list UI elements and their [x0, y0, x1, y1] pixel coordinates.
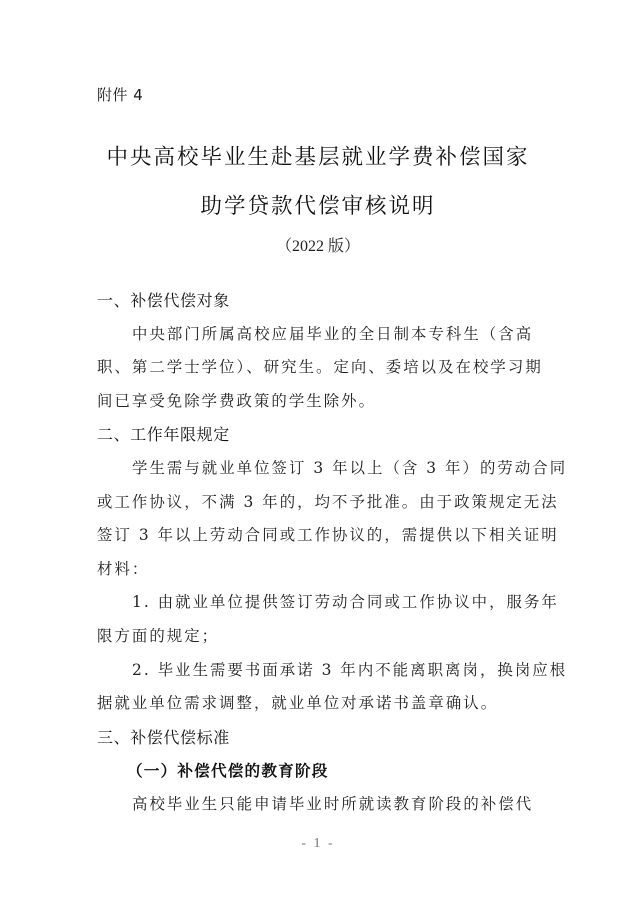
document-title-line-2: 助学贷款代偿审核说明	[0, 189, 636, 220]
body-line: 或工作协议，不满 3 年的，均不予批准。由于政策规定无法	[97, 486, 539, 520]
section-heading-3: 三、补偿代偿标准	[97, 721, 539, 755]
document-body: 一、补偿代偿对象 中央部门所属高校应届毕业的全日制本专科生（含高 职、第二学士学…	[97, 284, 539, 822]
body-line: 限方面的规定；	[97, 620, 539, 654]
body-line: 签订 3 年以上劳动合同或工作协议的，需提供以下相关证明	[97, 519, 539, 553]
section-heading-2: 二、工作年限规定	[97, 418, 539, 452]
subsection-heading-1: （一）补偿代偿的教育阶段	[97, 754, 539, 788]
body-line: 材料：	[97, 553, 539, 587]
body-line: 间已享受免除学费政策的学生除外。	[97, 385, 539, 419]
edition-label: （2022 版）	[0, 233, 636, 256]
document-title-line-1: 中央高校毕业生赴基层就业学费补偿国家	[0, 140, 636, 171]
body-line: 高校毕业生只能申请毕业时所就读教育阶段的补偿代	[97, 788, 539, 822]
document-page: 附件 4 中央高校毕业生赴基层就业学费补偿国家 助学贷款代偿审核说明 （2022…	[0, 0, 636, 899]
body-line: 职、第二学士学位）、研究生。定向、委培以及在校学习期	[97, 351, 539, 385]
attachment-label: 附件 4	[97, 84, 143, 105]
list-item-2: 2. 毕业生需要书面承诺 3 年内不能离职离岗，换岗应根	[97, 654, 539, 688]
body-line: 据就业单位需求调整，就业单位对承诺书盖章确认。	[97, 687, 539, 721]
body-line: 学生需与就业单位签订 3 年以上（含 3 年）的劳动合同	[97, 452, 539, 486]
page-number: - 1 -	[0, 836, 636, 852]
list-item-1: 1. 由就业单位提供签订劳动合同或工作协议中，服务年	[97, 586, 539, 620]
section-heading-1: 一、补偿代偿对象	[97, 284, 539, 318]
body-line: 中央部门所属高校应届毕业的全日制本专科生（含高	[97, 318, 539, 352]
